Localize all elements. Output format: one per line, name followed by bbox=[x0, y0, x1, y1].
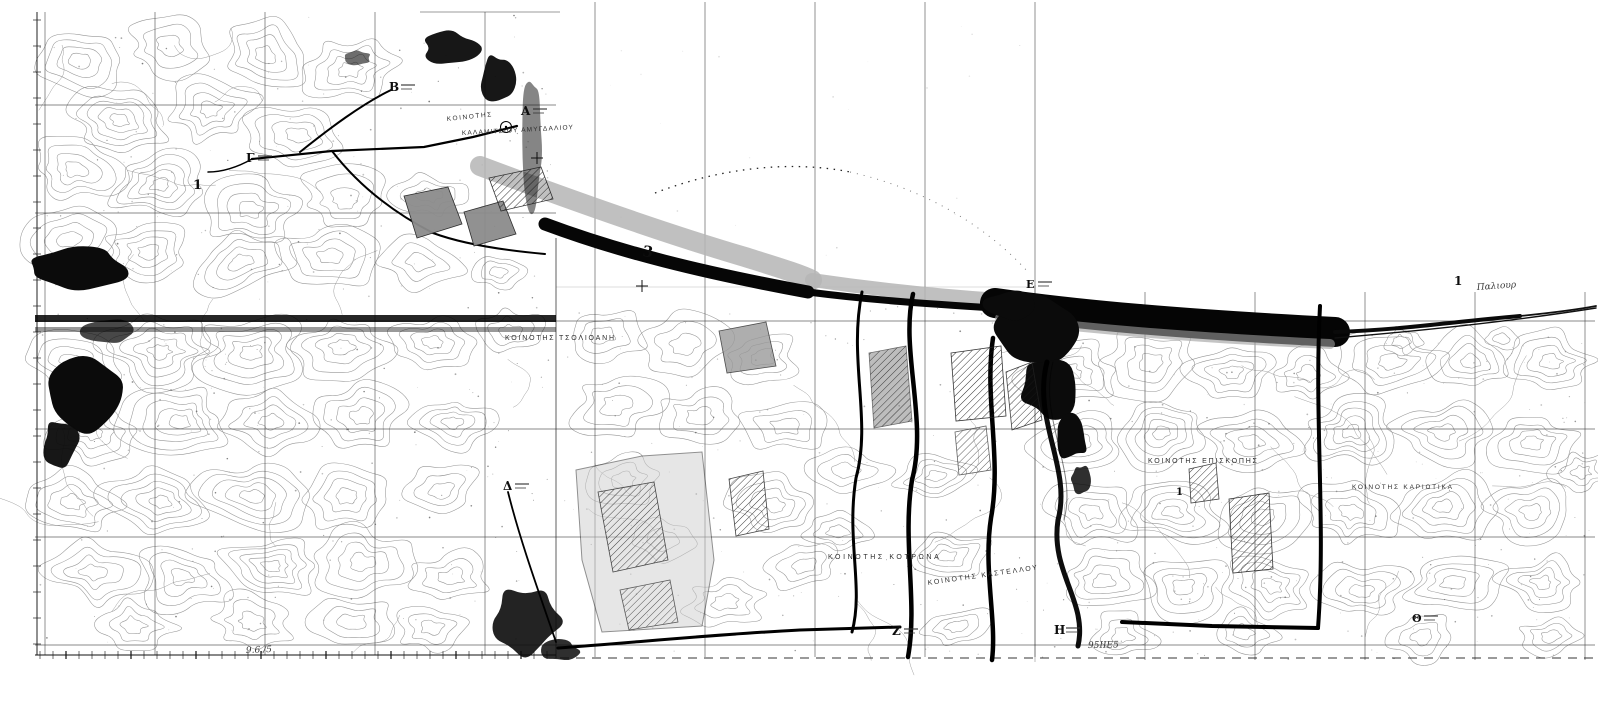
grid-cross-icon bbox=[636, 280, 648, 292]
scan-fold-streak bbox=[35, 315, 556, 322]
road-line bbox=[1318, 306, 1321, 628]
ink-blot bbox=[481, 55, 516, 101]
ink-blot bbox=[1057, 413, 1086, 459]
parcel-area bbox=[719, 322, 776, 373]
community-label: ΚΟΙΝΟΤΗΣ ΤΣΟΛΙΟΑΝΗ bbox=[505, 335, 616, 342]
coastline-band bbox=[1520, 306, 1596, 316]
point-marker-Β: Β bbox=[389, 80, 399, 94]
ink-blot bbox=[425, 30, 482, 63]
handwritten-note: Παλιουρ bbox=[1476, 280, 1518, 293]
parcel-hatch bbox=[869, 346, 912, 428]
scanned-map-page: ΚΟΙΝΟΤΗΣΚΑΛΑΜΙΤΣΙΟΥ ΑΜΥΓΔΑΛΙΟΥΚΟΙΝΟΤΗΣ Τ… bbox=[0, 0, 1598, 708]
zone-number: 1 bbox=[193, 178, 202, 193]
community-label: ΚΟΙΝΟΤΗΣ ΚΑΡΙΩΤΙΚΑ bbox=[1352, 484, 1454, 491]
community-label: ΚΟΙΝΟΤΗΣ ΚΑΣΤΕΛΛΟΥ bbox=[927, 564, 1039, 587]
parcel-area bbox=[1189, 463, 1219, 503]
parcel-area bbox=[404, 187, 462, 238]
offshore-dotted-line bbox=[850, 172, 1028, 272]
community-label: ΚΟΙΝΟΤΗΣ bbox=[446, 111, 493, 123]
road-line bbox=[300, 90, 391, 152]
ink-blot bbox=[31, 246, 128, 290]
scan-fold-streak bbox=[35, 327, 556, 332]
map-features bbox=[31, 30, 1596, 660]
map-canvas: ΚΟΙΝΟΤΗΣΚΑΛΑΜΙΤΣΙΟΥ ΑΜΥΓΔΑΛΙΟΥΚΟΙΝΟΤΗΣ Τ… bbox=[0, 0, 1598, 708]
parcel-area bbox=[951, 346, 1006, 421]
point-marker-Γ: Γ bbox=[246, 151, 255, 165]
zone-number: 1 bbox=[1454, 274, 1462, 288]
contour-terrain bbox=[0, 15, 1598, 675]
point-marker-Η: Η bbox=[1054, 623, 1065, 637]
point-marker-Δ: Δ bbox=[503, 479, 512, 493]
community-label: ΚΟΙΝΟΤΗΣ ΕΠΙΣΚΟΠΗΣ bbox=[1148, 458, 1259, 465]
ink-blot bbox=[48, 356, 123, 434]
road-line bbox=[1122, 622, 1318, 628]
community-label: ΚΟΙΝΟΤΗΣ ΚΟΤΡΩΝΑ bbox=[828, 554, 941, 561]
point-marker-Θ: Θ bbox=[1412, 612, 1422, 625]
offshore-dotted-line bbox=[655, 167, 850, 193]
point-marker-Ζ: Ζ bbox=[892, 624, 901, 638]
parcel-area bbox=[1229, 493, 1273, 573]
road-line bbox=[852, 292, 862, 632]
point-marker-Α: Α bbox=[520, 104, 531, 118]
road-line bbox=[908, 294, 917, 657]
ink-blot bbox=[43, 422, 79, 468]
handwritten-note: 95ΙΙΕ5 bbox=[1088, 640, 1119, 651]
ink-blot bbox=[541, 639, 580, 660]
zone-number: 1 bbox=[1176, 487, 1183, 498]
parcel-area bbox=[729, 471, 769, 536]
handwritten-note: 9.6./5 bbox=[246, 645, 273, 656]
parcel-area bbox=[955, 426, 991, 475]
point-marker-Ε: Ε bbox=[1026, 278, 1034, 291]
